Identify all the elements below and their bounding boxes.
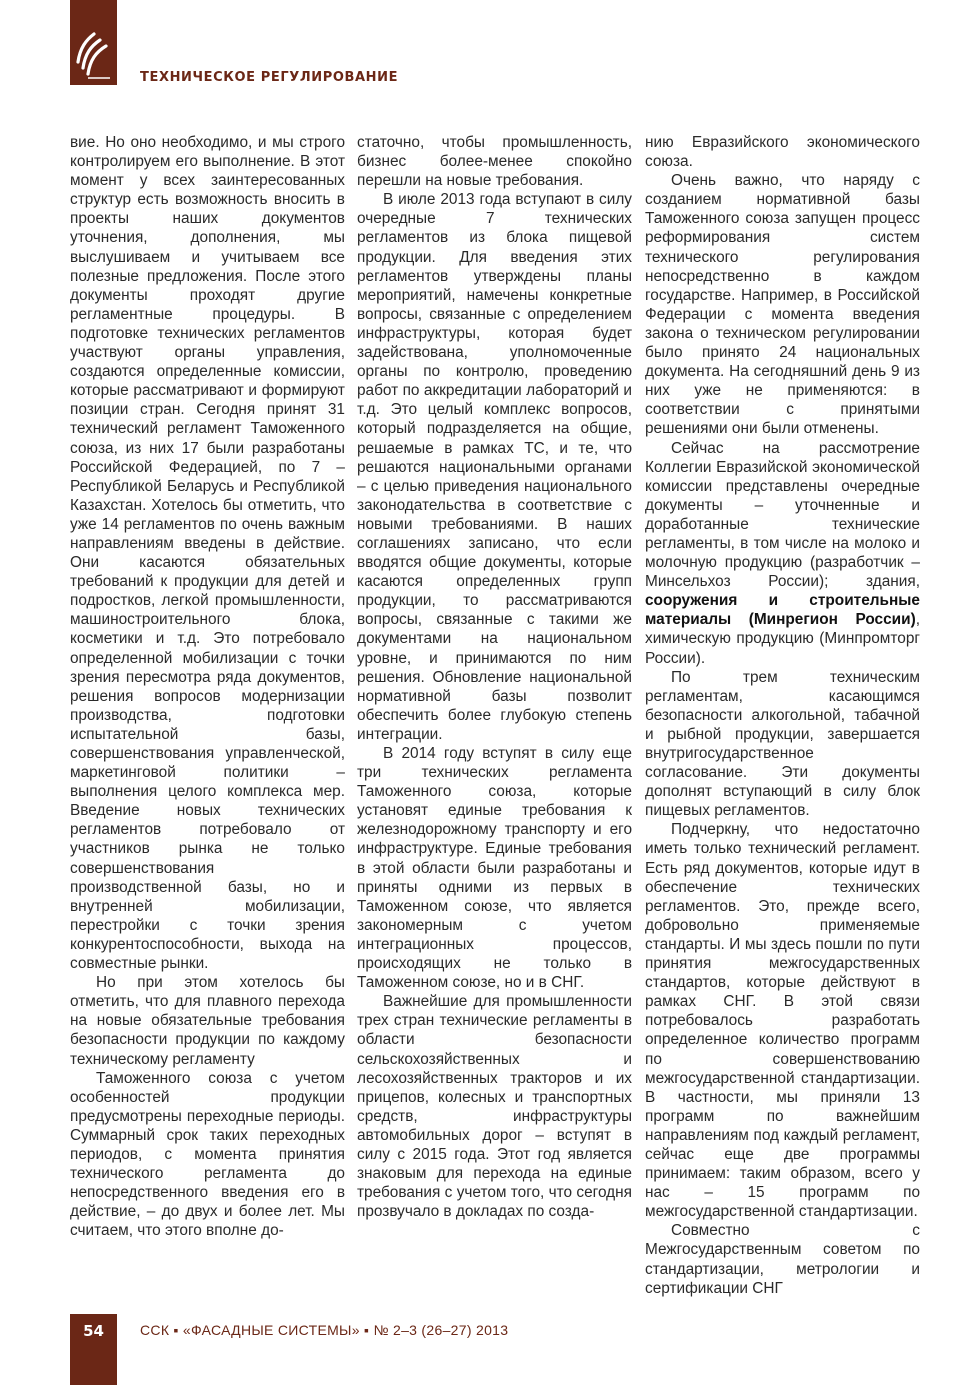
page-number: 54: [70, 1322, 117, 1340]
paragraph: В июле 2013 года вступают в силу очередн…: [357, 190, 632, 744]
paragraph: В 2014 году вступят в силу еще три техни…: [357, 744, 632, 992]
footer-tab: 54: [70, 1314, 117, 1385]
paragraph: Очень важно, что наряду с созданием норм…: [645, 171, 920, 438]
paragraph: вие. Но оно необходимо, и мы строго конт…: [70, 133, 345, 973]
logo-icon: [74, 28, 114, 83]
paragraph: статочно, чтобы промышленность, бизнес б…: [357, 133, 632, 190]
paragraph: Совместно с Межгосударственным советом п…: [645, 1221, 920, 1297]
paragraph: По трем техническим регламентам, касающи…: [645, 668, 920, 821]
paragraph: Подчеркну, что недостаточно иметь только…: [645, 820, 920, 1221]
paragraph: нию Евразийского экономического союза.: [645, 133, 920, 171]
section-title: ТЕХНИЧЕСКОЕ РЕГУЛИРОВАНИЕ: [140, 70, 398, 85]
publication-info: ССК ▪ «ФАСАДНЫЕ СИСТЕМЫ» ▪ № 2–3 (26–27)…: [140, 1322, 508, 1338]
emphasized-text: сооружения и строительные материалы (Мин…: [645, 592, 920, 628]
article-column-2: статочно, чтобы промышленность, бизнес б…: [357, 133, 632, 1221]
section-tab: [70, 0, 117, 85]
paragraph-text: Сейчас на рассмотрение Коллегии Евразийс…: [645, 440, 920, 591]
article-column-1: вие. Но оно необходимо, и мы строго конт…: [70, 133, 345, 1240]
paragraph: Важнейшие для промышленности трех стран …: [357, 992, 632, 1221]
paragraph: Таможенного союза с учетом особенностей …: [70, 1069, 345, 1241]
paragraph: Сейчас на рассмотрение Коллегии Евразийс…: [645, 439, 920, 668]
paragraph: Но при этом хотелось бы отметить, что дл…: [70, 973, 345, 1068]
article-column-3: нию Евразийского экономического союза. О…: [645, 133, 920, 1298]
